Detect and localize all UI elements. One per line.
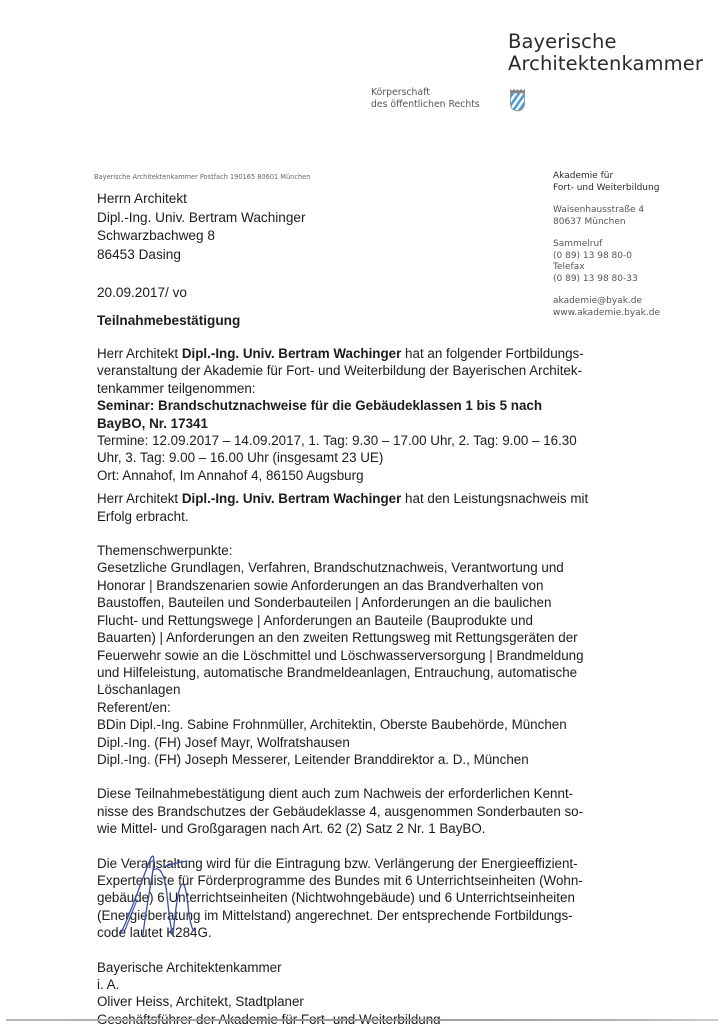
intro-line3: tenkammer teilgenommen: — [97, 380, 617, 397]
intro-line2: veranstaltung der Akademie für Fort- und… — [97, 362, 617, 379]
result-participant-name: Dipl.-Ing. Univ. Bertram Wachinger — [182, 491, 401, 506]
scan-edge-line — [6, 1019, 718, 1021]
intro-prefix: Herr Architekt — [97, 346, 182, 361]
result-suffix: hat den Leistungsnachweis mit — [401, 491, 588, 506]
closing-signer: Oliver Heiss, Architekt, Stadtplaner — [97, 993, 617, 1010]
bavarian-coat-of-arms-icon — [509, 88, 526, 112]
topics-label: Themenschwerpunkte: — [97, 542, 617, 559]
recipient-street: Schwarzbachweg 8 — [97, 227, 306, 246]
dept-line2: Fort- und Weiterbildung — [553, 183, 660, 195]
contact-website[interactable]: www.akademie.byak.de — [553, 308, 660, 320]
topics-block: Themenschwerpunkte: Gesetzliche Grundlag… — [97, 542, 617, 699]
org-name-line2: Architektenkammer — [508, 53, 703, 75]
topic-line: Bauarten) | Anforderungen an den zweiten… — [97, 629, 617, 646]
participant-name: Dipl.-Ing. Univ. Bertram Wachinger — [182, 346, 401, 361]
seminar-title-line2: BayBO, Nr. 17341 — [97, 415, 617, 432]
letterhead-org-name: Bayerische Architektenkammer — [508, 31, 703, 75]
fax-label: Telefax — [553, 262, 660, 274]
intro-suffix: hat an folgender Fortbildungs- — [401, 346, 583, 361]
seminar-location: Ort: Annahof, Im Annahof 4, 86150 Augsbu… — [97, 467, 617, 484]
seminar-dates-line1: Termine: 12.09.2017 – 14.09.2017, 1. Tag… — [97, 432, 617, 449]
topic-line: Honorar | Brandszenarien sowie Anforderu… — [97, 577, 617, 594]
contact-city: 80637 München — [553, 217, 660, 229]
result-prefix: Herr Architekt — [97, 491, 182, 506]
seminar-dates-line2: Uhr, 3. Tag: 9.00 – 16.00 Uhr (insgesamt… — [97, 449, 617, 466]
speaker-item: BDin Dipl.-Ing. Sabine Frohnmüller, Arch… — [97, 716, 617, 733]
org-name-line1: Bayerische — [508, 31, 703, 53]
contact-sidebar: Akademie für Fort- und Weiterbildung Wai… — [553, 171, 660, 319]
notice-line: wie Mittel- und Großgaragen nach Art. 62… — [97, 820, 617, 837]
result-line2: Erfolg erbracht. — [97, 508, 617, 525]
topic-line: und Hilfeleistung, automatische Brandmel… — [97, 664, 617, 681]
speakers-label: Referent/en: — [97, 699, 617, 716]
contact-street: Waisenhausstraße 4 — [553, 205, 660, 217]
closing-ia: i. A. — [97, 976, 617, 993]
notice-line: Diese Teilnahmebestätigung dient auch zu… — [97, 785, 617, 802]
seminar-block: Seminar: Brandschutznachweise für die Ge… — [97, 397, 617, 484]
speakers-block: Referent/en: BDin Dipl.-Ing. Sabine Froh… — [97, 699, 617, 769]
fax-number: (0 89) 13 98 80-33 — [553, 274, 660, 286]
closing-org: Bayerische Architektenkammer — [97, 959, 617, 976]
corp-line2: des öffentlichen Rechts — [371, 99, 480, 111]
closing-block: Bayerische Architektenkammer i. A. Olive… — [97, 959, 617, 1024]
sender-return-address: Bayerische Architektenkammer Postfach 19… — [94, 173, 310, 181]
intro-paragraph: Herr Architekt Dipl.-Ing. Univ. Bertram … — [97, 345, 617, 397]
letter-subject: Teilnahmebestätigung — [97, 313, 240, 328]
recipient-city: 86453 Dasing — [97, 246, 306, 265]
corp-line1: Körperschaft — [371, 87, 480, 99]
closing-role: Geschäftsführer der Akademie für Fort- u… — [97, 1011, 617, 1024]
corporate-status: Körperschaft des öffentlichen Rechts — [371, 87, 480, 111]
seminar-title-line1: Seminar: Brandschutznachweise für die Ge… — [97, 397, 617, 414]
handwritten-signature-icon — [115, 845, 235, 940]
recipient-address: Herrn Architekt Dipl.-Ing. Univ. Bertram… — [97, 190, 306, 264]
date-reference: 20.09.2017/ vo — [97, 285, 187, 300]
dept-line1: Akademie für — [553, 171, 660, 183]
speaker-item: Dipl.-Ing. (FH) Josef Mayr, Wolfratshaus… — [97, 734, 617, 751]
phone-label: Sammelruf — [553, 239, 660, 251]
recipient-salutation: Herrn Architekt — [97, 190, 306, 209]
contact-email[interactable]: akademie@byak.de — [553, 296, 660, 308]
speaker-item: Dipl.-Ing. (FH) Joseph Messerer, Leitend… — [97, 751, 617, 768]
phone-number: (0 89) 13 98 80-0 — [553, 251, 660, 263]
topic-line: Flucht- und Rettungswege | Anforderungen… — [97, 612, 617, 629]
recipient-name: Dipl.-Ing. Univ. Bertram Wachinger — [97, 209, 306, 228]
topic-line: Löschanlagen — [97, 681, 617, 698]
topic-line: Baustoffen, Bauteilen und Sonderbauteile… — [97, 594, 617, 611]
notice-line: nisse des Brandschutzes der Gebäudeklass… — [97, 803, 617, 820]
topic-line: Gesetzliche Grundlagen, Verfahren, Brand… — [97, 559, 617, 576]
notice-paragraph: Diese Teilnahmebestätigung dient auch zu… — [97, 785, 617, 837]
result-paragraph: Herr Architekt Dipl.-Ing. Univ. Bertram … — [97, 490, 617, 525]
topic-line: Feuerwehr sowie an die Löschmittel und L… — [97, 647, 617, 664]
